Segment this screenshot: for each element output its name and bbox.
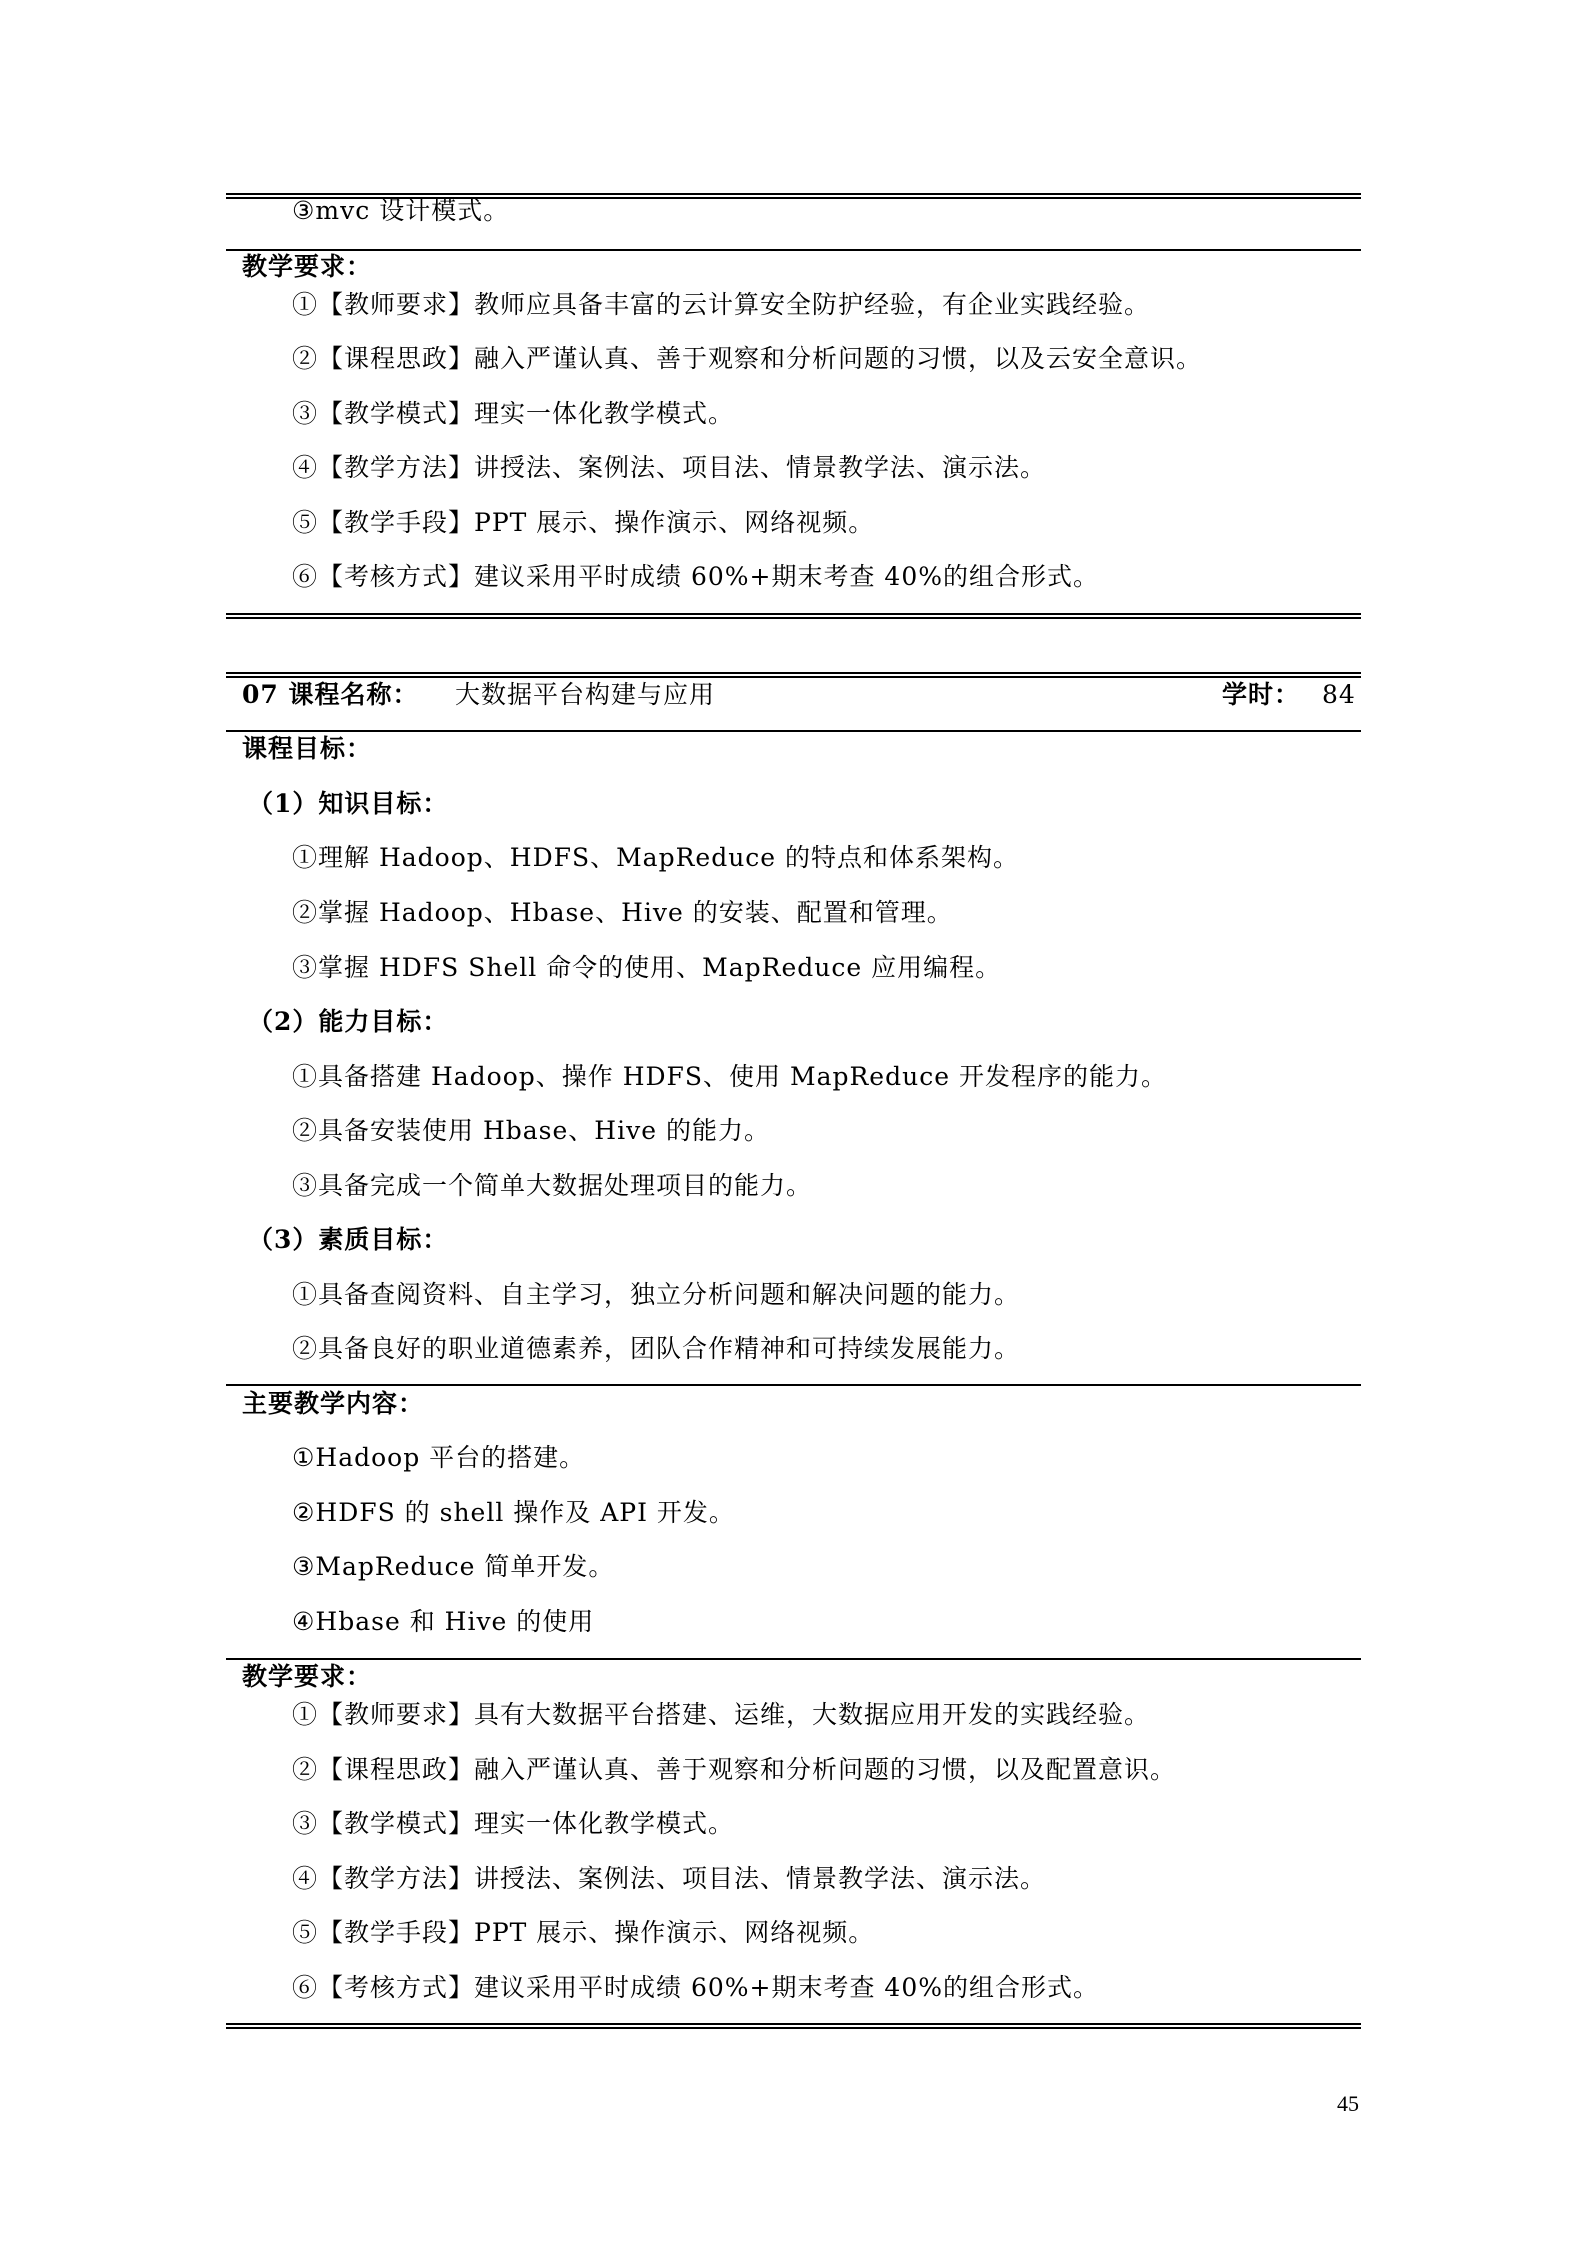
objectives-label: 课程目标：	[242, 734, 372, 764]
content-item: ④Hbase 和 Hive 的使用	[292, 1607, 594, 1637]
requirement-item: ③【教学模式】理实一体化教学模式。	[292, 1809, 734, 1839]
requirement-item: ①【教师要求】教师应具备丰富的云计算安全防护经验，有企业实践经验。	[292, 290, 1150, 320]
course-hours: 84	[1322, 680, 1356, 710]
requirements-label: 教学要求：	[242, 1662, 372, 1692]
requirement-item: ③【教学模式】理实一体化教学模式。	[292, 399, 734, 429]
requirement-item: ②【课程思政】融入严谨认真、善于观察和分析问题的习惯，以及配置意识。	[292, 1755, 1176, 1785]
objective-item: ②具备安装使用 Hbase、Hive 的能力。	[292, 1116, 770, 1146]
content-item: ③mvc 设计模式。	[292, 196, 509, 226]
requirement-item: ①【教师要求】具有大数据平台搭建、运维，大数据应用开发的实践经验。	[292, 1700, 1150, 1730]
requirement-item: ⑤【教学手段】PPT 展示、操作演示、网络视频。	[292, 1918, 874, 1948]
requirement-item: ④【教学方法】讲授法、案例法、项目法、情景教学法、演示法。	[292, 1864, 1046, 1894]
content-item: ③MapReduce 简单开发。	[292, 1552, 614, 1582]
objective-item: ①具备查阅资料、自主学习，独立分析问题和解决问题的能力。	[292, 1280, 1020, 1310]
row-divider	[226, 730, 1361, 732]
requirement-item: ⑥【考核方式】建议采用平时成绩 60%+期末考查 40%的组合形式。	[292, 562, 1099, 592]
requirement-item: ⑤【教学手段】PPT 展示、操作演示、网络视频。	[292, 508, 874, 538]
requirements-label: 教学要求：	[242, 252, 372, 282]
knowledge-label: （1）知识目标：	[248, 789, 448, 819]
requirement-item: ④【教学方法】讲授法、案例法、项目法、情景教学法、演示法。	[292, 453, 1046, 483]
row-divider	[226, 249, 1361, 251]
objective-item: ③掌握 HDFS Shell 命令的使用、MapReduce 应用编程。	[292, 953, 1001, 983]
course-name: 大数据平台构建与应用	[455, 680, 715, 710]
objective-item: ①具备搭建 Hadoop、操作 HDFS、使用 MapReduce 开发程序的能…	[292, 1062, 1167, 1092]
requirement-item: ⑥【考核方式】建议采用平时成绩 60%+期末考查 40%的组合形式。	[292, 1973, 1099, 2003]
objective-item: ③具备完成一个简单大数据处理项目的能力。	[292, 1171, 812, 1201]
ability-label: （2）能力目标：	[248, 1007, 448, 1037]
row-divider	[226, 1658, 1361, 1660]
content-label: 主要教学内容：	[242, 1389, 424, 1419]
objective-item: ②掌握 Hadoop、Hbase、Hive 的安装、配置和管理。	[292, 898, 953, 928]
table-bottom-border	[226, 2023, 1361, 2029]
content-item: ②HDFS 的 shell 操作及 API 开发。	[292, 1498, 735, 1528]
content-item: ①Hadoop 平台的搭建。	[292, 1443, 585, 1473]
objective-item: ②具备良好的职业道德素养，团队合作精神和可持续发展能力。	[292, 1334, 1020, 1364]
objective-item: ①理解 Hadoop、HDFS、MapReduce 的特点和体系架构。	[292, 843, 1019, 873]
quality-label: （3）素质目标：	[248, 1225, 448, 1255]
table-top-border	[226, 672, 1361, 678]
requirement-item: ②【课程思政】融入严谨认真、善于观察和分析问题的习惯，以及云安全意识。	[292, 344, 1202, 374]
row-divider	[226, 1384, 1361, 1386]
course-name-label: 07 课程名称：	[242, 680, 419, 710]
course-hours-label: 学时：	[1222, 680, 1300, 710]
page-number: 45	[1337, 2091, 1359, 2117]
table-bottom-border	[226, 613, 1361, 619]
